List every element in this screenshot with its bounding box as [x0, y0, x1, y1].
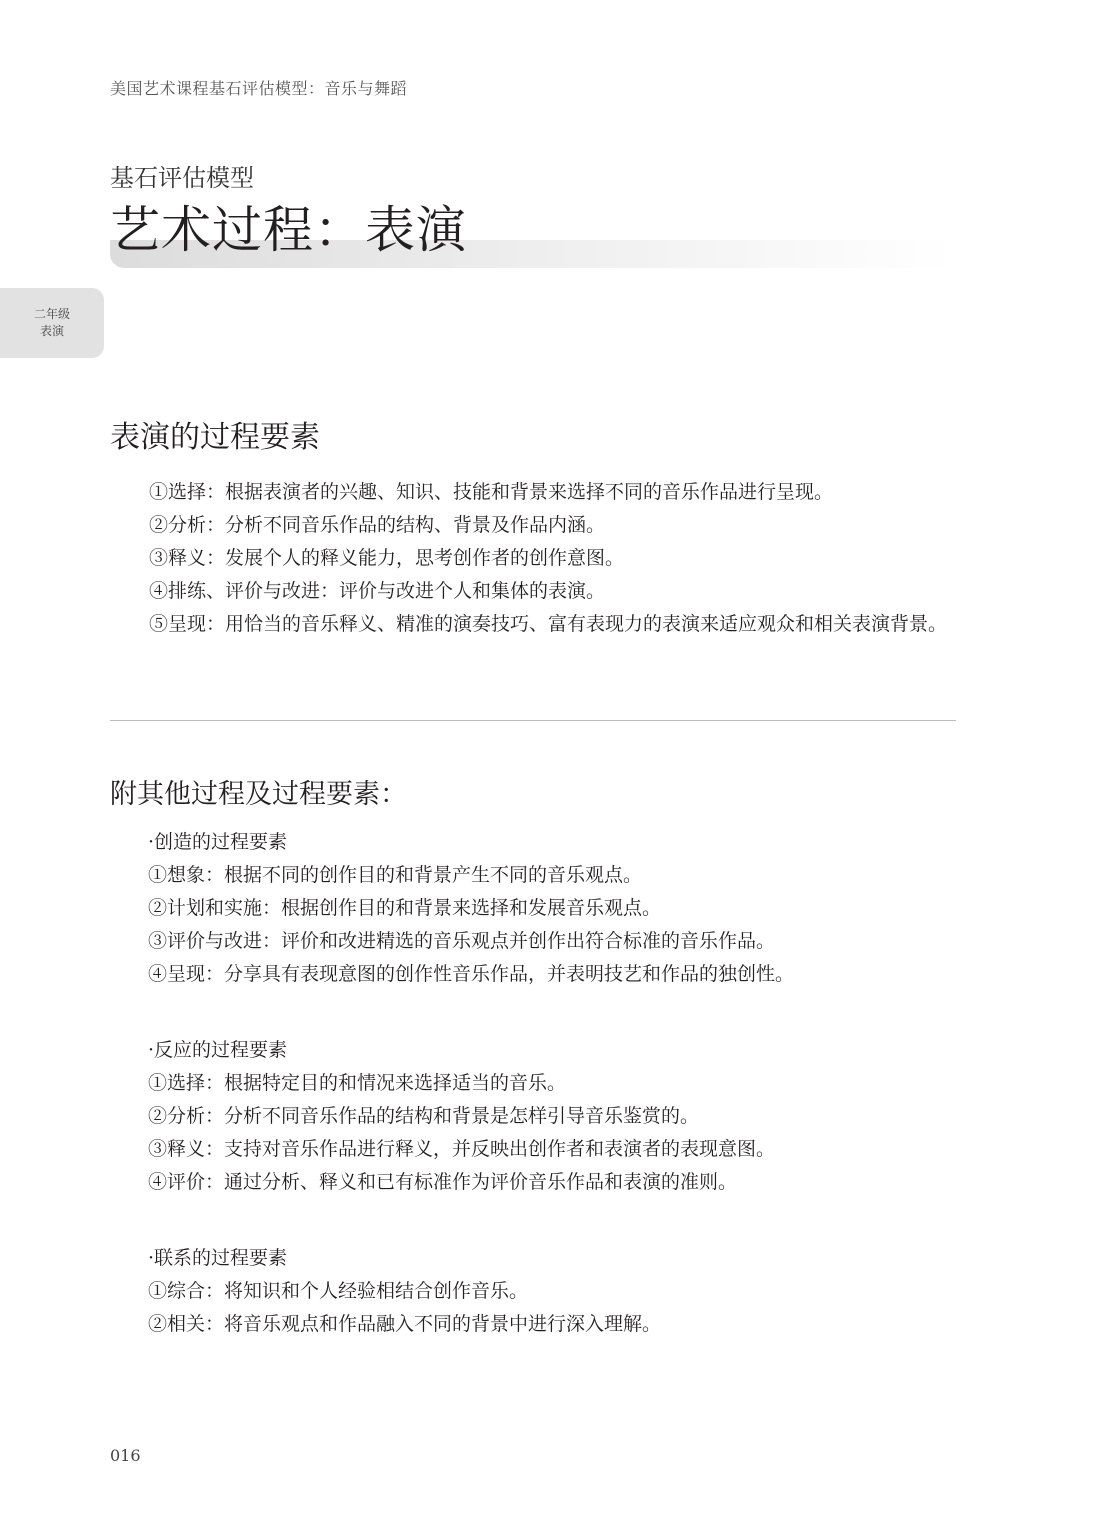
list-item: ①综合：将知识和个人经验相结合创作音乐。	[148, 1275, 928, 1308]
section-heading-performance-elements: 表演的过程要素	[110, 412, 320, 456]
running-head: 美国艺术课程基石评估模型：音乐与舞蹈	[110, 76, 407, 99]
list-item: ③释义：发展个人的释义能力，思考创作者的创作意图。	[110, 542, 958, 575]
list-item: ①想象：根据不同的创作目的和背景产生不同的音乐观点。	[148, 859, 928, 892]
list-item: ②分析：分析不同音乐作品的结构、背景及作品内涵。	[110, 509, 958, 542]
list-item: ①选择：根据表演者的兴趣、知识、技能和背景来选择不同的音乐作品进行呈现。	[110, 476, 958, 509]
page-title: 艺术过程：表演	[110, 198, 467, 262]
list-item: ④评价：通过分析、释义和已有标准作为评价音乐作品和表演的准则。	[148, 1166, 928, 1199]
list-item: ④呈现：分享具有表现意图的创作性音乐作品，并表明技艺和作品的独创性。	[148, 958, 928, 991]
group-title: ·反应的过程要素	[148, 1034, 928, 1067]
list-item: ③评价与改进：评价和改进精选的音乐观点并创作出符合标准的音乐作品。	[148, 925, 928, 958]
section-kicker: 基石评估模型	[110, 158, 254, 193]
list-item: ②相关：将音乐观点和作品融入不同的背景中进行深入理解。	[148, 1308, 928, 1341]
page-number: 016	[110, 1446, 141, 1465]
list-item: ②计划和实施：根据创作目的和背景来选择和发展音乐观点。	[148, 892, 928, 925]
list-item: ④排练、评价与改进：评价与改进个人和集体的表演。	[110, 575, 958, 608]
list-item: ①选择：根据特定目的和情况来选择适当的音乐。	[148, 1067, 928, 1100]
list-item: ⑤呈现：用恰当的音乐释义、精准的演奏技巧、富有表现力的表演来适应观众和相关表演背…	[110, 608, 958, 641]
list-item: ③释义：支持对音乐作品进行释义，并反映出创作者和表演者的表现意图。	[148, 1133, 928, 1166]
group-title: ·联系的过程要素	[148, 1242, 928, 1275]
side-tab-topic: 表演	[40, 323, 64, 340]
creating-process-group: ·创造的过程要素 ①想象：根据不同的创作目的和背景产生不同的音乐观点。 ②计划和…	[148, 826, 928, 991]
performance-elements-list: ①选择：根据表演者的兴趣、知识、技能和背景来选择不同的音乐作品进行呈现。 ②分析…	[110, 476, 958, 641]
side-tab: 二年级 表演	[0, 288, 104, 358]
group-title: ·创造的过程要素	[148, 826, 928, 859]
list-item: ②分析：分析不同音乐作品的结构和背景是怎样引导音乐鉴赏的。	[148, 1100, 928, 1133]
responding-process-group: ·反应的过程要素 ①选择：根据特定目的和情况来选择适当的音乐。 ②分析：分析不同…	[148, 1034, 928, 1199]
side-tab-grade: 二年级	[34, 306, 70, 323]
divider	[110, 720, 956, 721]
connecting-process-group: ·联系的过程要素 ①综合：将知识和个人经验相结合创作音乐。 ②相关：将音乐观点和…	[148, 1242, 928, 1341]
section-heading-other-processes: 附其他过程及过程要素：	[110, 772, 407, 811]
